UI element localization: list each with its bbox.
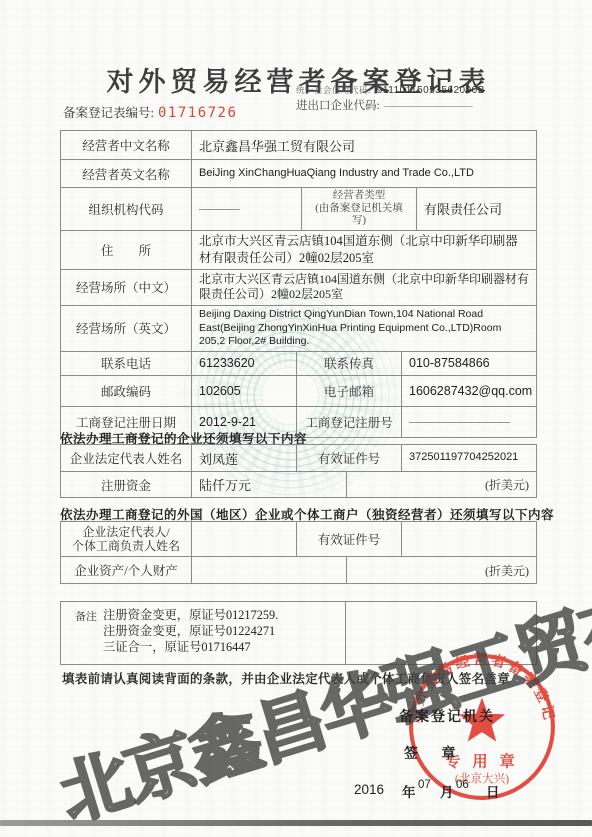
credit-code-label: 统一社会信用代码: <box>296 85 371 95</box>
row-label: 住 所 <box>61 231 191 269</box>
table-row: 经营场所（中文） 北京市大兴区青云店镇104国道东侧（北京中印新华印刷器材有限责… <box>61 269 536 305</box>
table-row: 经营者中文名称 北京鑫昌华强工贸有限公司 <box>61 131 536 159</box>
credit-code-line: 统一社会信用代码:91110115053562090B <box>296 84 540 96</box>
row-value-2: 010-87584866 <box>401 352 536 375</box>
table-row: 企业法定代表人/ 个体工商负责人姓名 有效证件号 <box>61 522 536 556</box>
row-value: 北京市大兴区青云店镇104国道东侧（北京中印新华印刷器材有限责任公司）2幢02层… <box>191 231 536 269</box>
code-block: 统一社会信用代码:91110115053562090B 进出口企业代码:————… <box>296 84 540 113</box>
section1-table: 企业法定代表人姓名 刘凤莲 有效证件号 372501197704252021 注… <box>60 444 537 498</box>
row-label: 企业法定代表人姓名 <box>61 445 191 471</box>
scan-bottom-edge <box>0 820 592 826</box>
row-value: 102605 <box>191 376 296 406</box>
table-row: 联系电话 61233620 联系传真 010-87584866 <box>61 351 536 375</box>
row-value: 刘凤莲 <box>191 445 296 471</box>
credit-code-value: 91110115053562090B <box>377 85 485 96</box>
row-label: 组织机构代码 <box>61 188 191 230</box>
remarks-lines: 注册资金变更，原证号01217259. 注册资金变更，原证号01224271 三… <box>103 607 339 656</box>
row-label: 经营场所（中文） <box>61 270 191 305</box>
row-label-2: 工商登记注册号 <box>296 407 401 437</box>
date-month: 07 <box>418 779 431 791</box>
date-day-label: 日 <box>486 781 500 801</box>
row-label: 注册资金 <box>61 472 191 497</box>
operator-type-sublabel: (由备案登记机关填写) <box>309 203 409 228</box>
ie-code-value: ——————————— <box>384 101 472 111</box>
usd-note: (折美元) <box>346 557 536 583</box>
row-value-2 <box>401 522 536 556</box>
row-label: 经营者英文名称 <box>61 160 191 187</box>
remarks-line: 三证合一，原证号01716447 <box>103 639 339 655</box>
remarks-line: 注册资金变更，原证号01224271 <box>103 623 339 639</box>
form-number-value: 01716726 <box>158 105 237 121</box>
table-row: 经营者英文名称 BeiJing XinChangHuaQiang Industr… <box>61 159 536 187</box>
date-line: 2016 年 07 月 06 日 <box>340 779 560 801</box>
form-number-line: 备案登记表编号:01716726 <box>63 103 237 121</box>
table-row: 企业法定代表人姓名 刘凤莲 有效证件号 372501197704252021 <box>61 445 536 471</box>
row-value: 北京鑫昌华强工贸有限公司 <box>191 131 536 159</box>
row-value: ———— <box>191 188 301 230</box>
row-value-2: 有限责任公司 <box>416 188 536 230</box>
rep-label-line2: 个体工商负责人姓名 <box>72 539 180 553</box>
ie-code-line: 进出口企业代码:——————————— <box>296 97 540 113</box>
date-year-label: 年 <box>402 781 416 801</box>
row-label-2: 有效证件号 <box>296 522 401 556</box>
row-value: 61233620 <box>191 352 296 375</box>
row-label-2: 有效证件号 <box>296 445 401 471</box>
ie-code-label: 进出口企业代码: <box>296 100 380 112</box>
date-year: 2016 <box>354 782 384 797</box>
remarks-content: 备注 注册资金变更，原证号01217259. 注册资金变更，原证号0122427… <box>61 602 346 664</box>
rep-label-line1: 企业法定代表人/ <box>82 525 169 539</box>
table-row: 组织机构代码 ———— 经营者类型 (由备案登记机关填写) 有限责任公司 <box>61 187 536 230</box>
row-label-2: 联系传真 <box>296 352 401 375</box>
section2-table: 企业法定代表人/ 个体工商负责人姓名 有效证件号 企业资产/个人财产 (折美元) <box>60 521 537 584</box>
document-page: 对外贸易经营者备案登记表 备案登记表编号:01716726 统一社会信用代码:9… <box>0 0 592 837</box>
row-value-2: 1606287432@qq.com <box>401 376 539 406</box>
row-label-2: 经营者类型 (由备案登记机关填写) <box>301 188 416 230</box>
row-label: 联系电话 <box>61 352 191 375</box>
row-value: 北京市大兴区青云店镇104国道东侧（北京中印新华印刷器材有限责任公司）2幢02层… <box>191 270 536 305</box>
row-label-2: 电子邮箱 <box>296 376 401 406</box>
row-label: 企业资产/个人财产 <box>61 557 191 583</box>
sign-label: 签 章 <box>404 743 466 763</box>
row-value: BeiJing XinChangHuaQiang Industry and Tr… <box>191 160 536 187</box>
main-table: 经营者中文名称 北京鑫昌华强工贸有限公司 经营者英文名称 BeiJing Xin… <box>60 130 537 438</box>
table-row: 邮政编码 102605 电子邮箱 1606287432@qq.com <box>61 375 536 406</box>
form-number-label: 备案登记表编号: <box>63 106 154 120</box>
usd-note: (折美元) <box>346 472 536 497</box>
row-label: 经营场所（英文） <box>61 306 191 351</box>
operator-type-label: 经营者类型 <box>333 190 386 203</box>
row-value-2: 372501197704252021 <box>401 445 536 471</box>
row-value-2: —————————— <box>401 407 536 437</box>
row-value <box>191 557 346 583</box>
remarks-label: 备注 <box>75 608 97 624</box>
row-value: Beijing Daxing District QingYunDian Town… <box>191 306 536 351</box>
table-row: 住 所 北京市大兴区青云店镇104国道东侧（北京中印新华印刷器材有限责任公司）2… <box>61 230 536 269</box>
row-label: 企业法定代表人/ 个体工商负责人姓名 <box>61 522 191 556</box>
row-value <box>191 522 296 556</box>
row-label: 邮政编码 <box>61 376 191 406</box>
table-row: 注册资金 陆仟万元 (折美元) <box>61 471 536 497</box>
row-value: 陆仟万元 <box>191 472 346 497</box>
remarks-line: 注册资金变更，原证号01217259. <box>103 607 339 623</box>
authority-label: 备案登记机关 <box>399 706 495 726</box>
date-month-label: 月 <box>440 781 454 801</box>
date-day: 06 <box>456 779 469 791</box>
table-row: 企业资产/个人财产 (折美元) <box>61 556 536 583</box>
table-row: 经营场所（英文） Beijing Daxing District QingYun… <box>61 305 536 351</box>
row-label: 经营者中文名称 <box>61 131 191 159</box>
